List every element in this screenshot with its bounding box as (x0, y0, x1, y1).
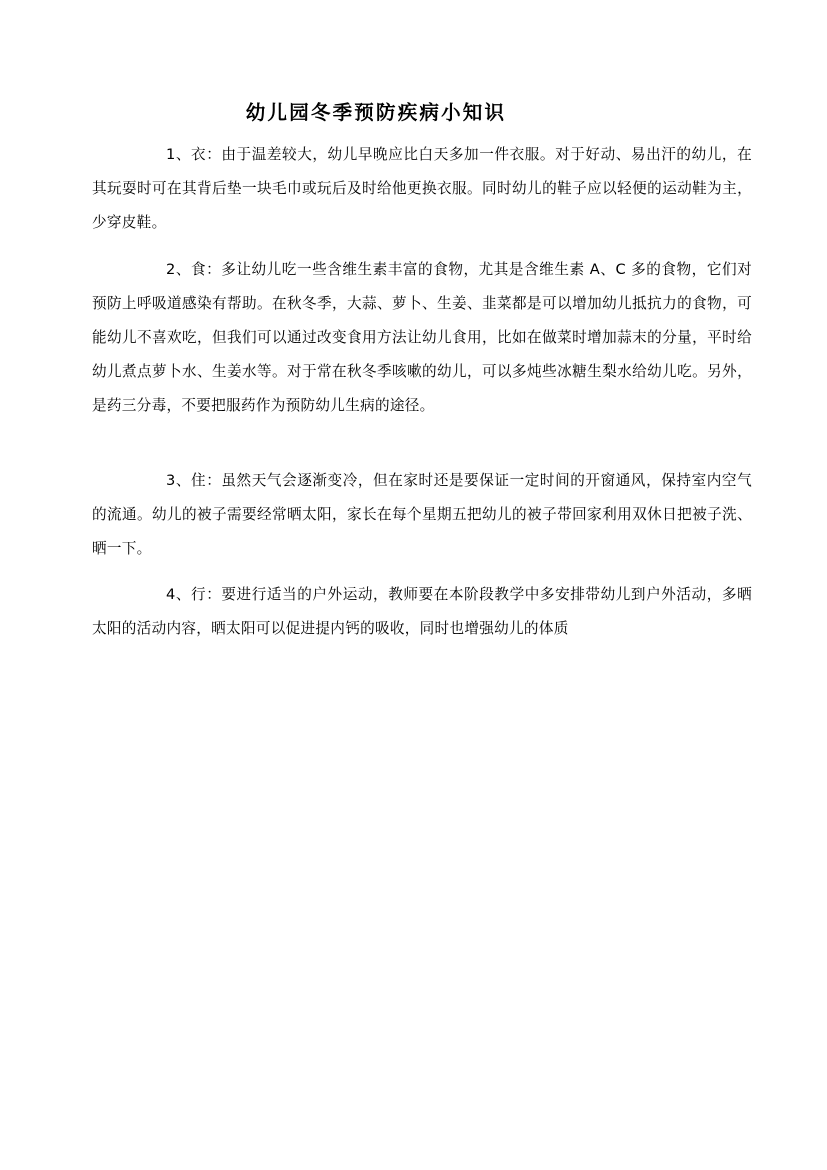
paragraph-housing: 3、住：虽然天气会逐渐变冷，但在家时还是要保证一定时间的开窗通风，保持室内空气的… (92, 464, 752, 566)
paragraph-food: 2、食：多让幼儿吃一些含维生素丰富的食物，尤其是含维生素 A、C 多的食物，它们… (92, 253, 752, 423)
document-page: 幼儿园冬季预防疾病小知识 1、衣：由于温差较大，幼儿早晚应比白天多加一件衣服。对… (0, 0, 827, 1170)
document-title: 幼儿园冬季预防疾病小知识 (0, 99, 752, 127)
paragraph-clothing: 1、衣：由于温差较大，幼儿早晚应比白天多加一件衣服。对于好动、易出汗的幼儿，在其… (92, 138, 752, 240)
paragraph-activity: 4、行：要进行适当的户外运动，教师要在本阶段教学中多安排带幼儿到户外活动，多晒太… (92, 578, 752, 646)
